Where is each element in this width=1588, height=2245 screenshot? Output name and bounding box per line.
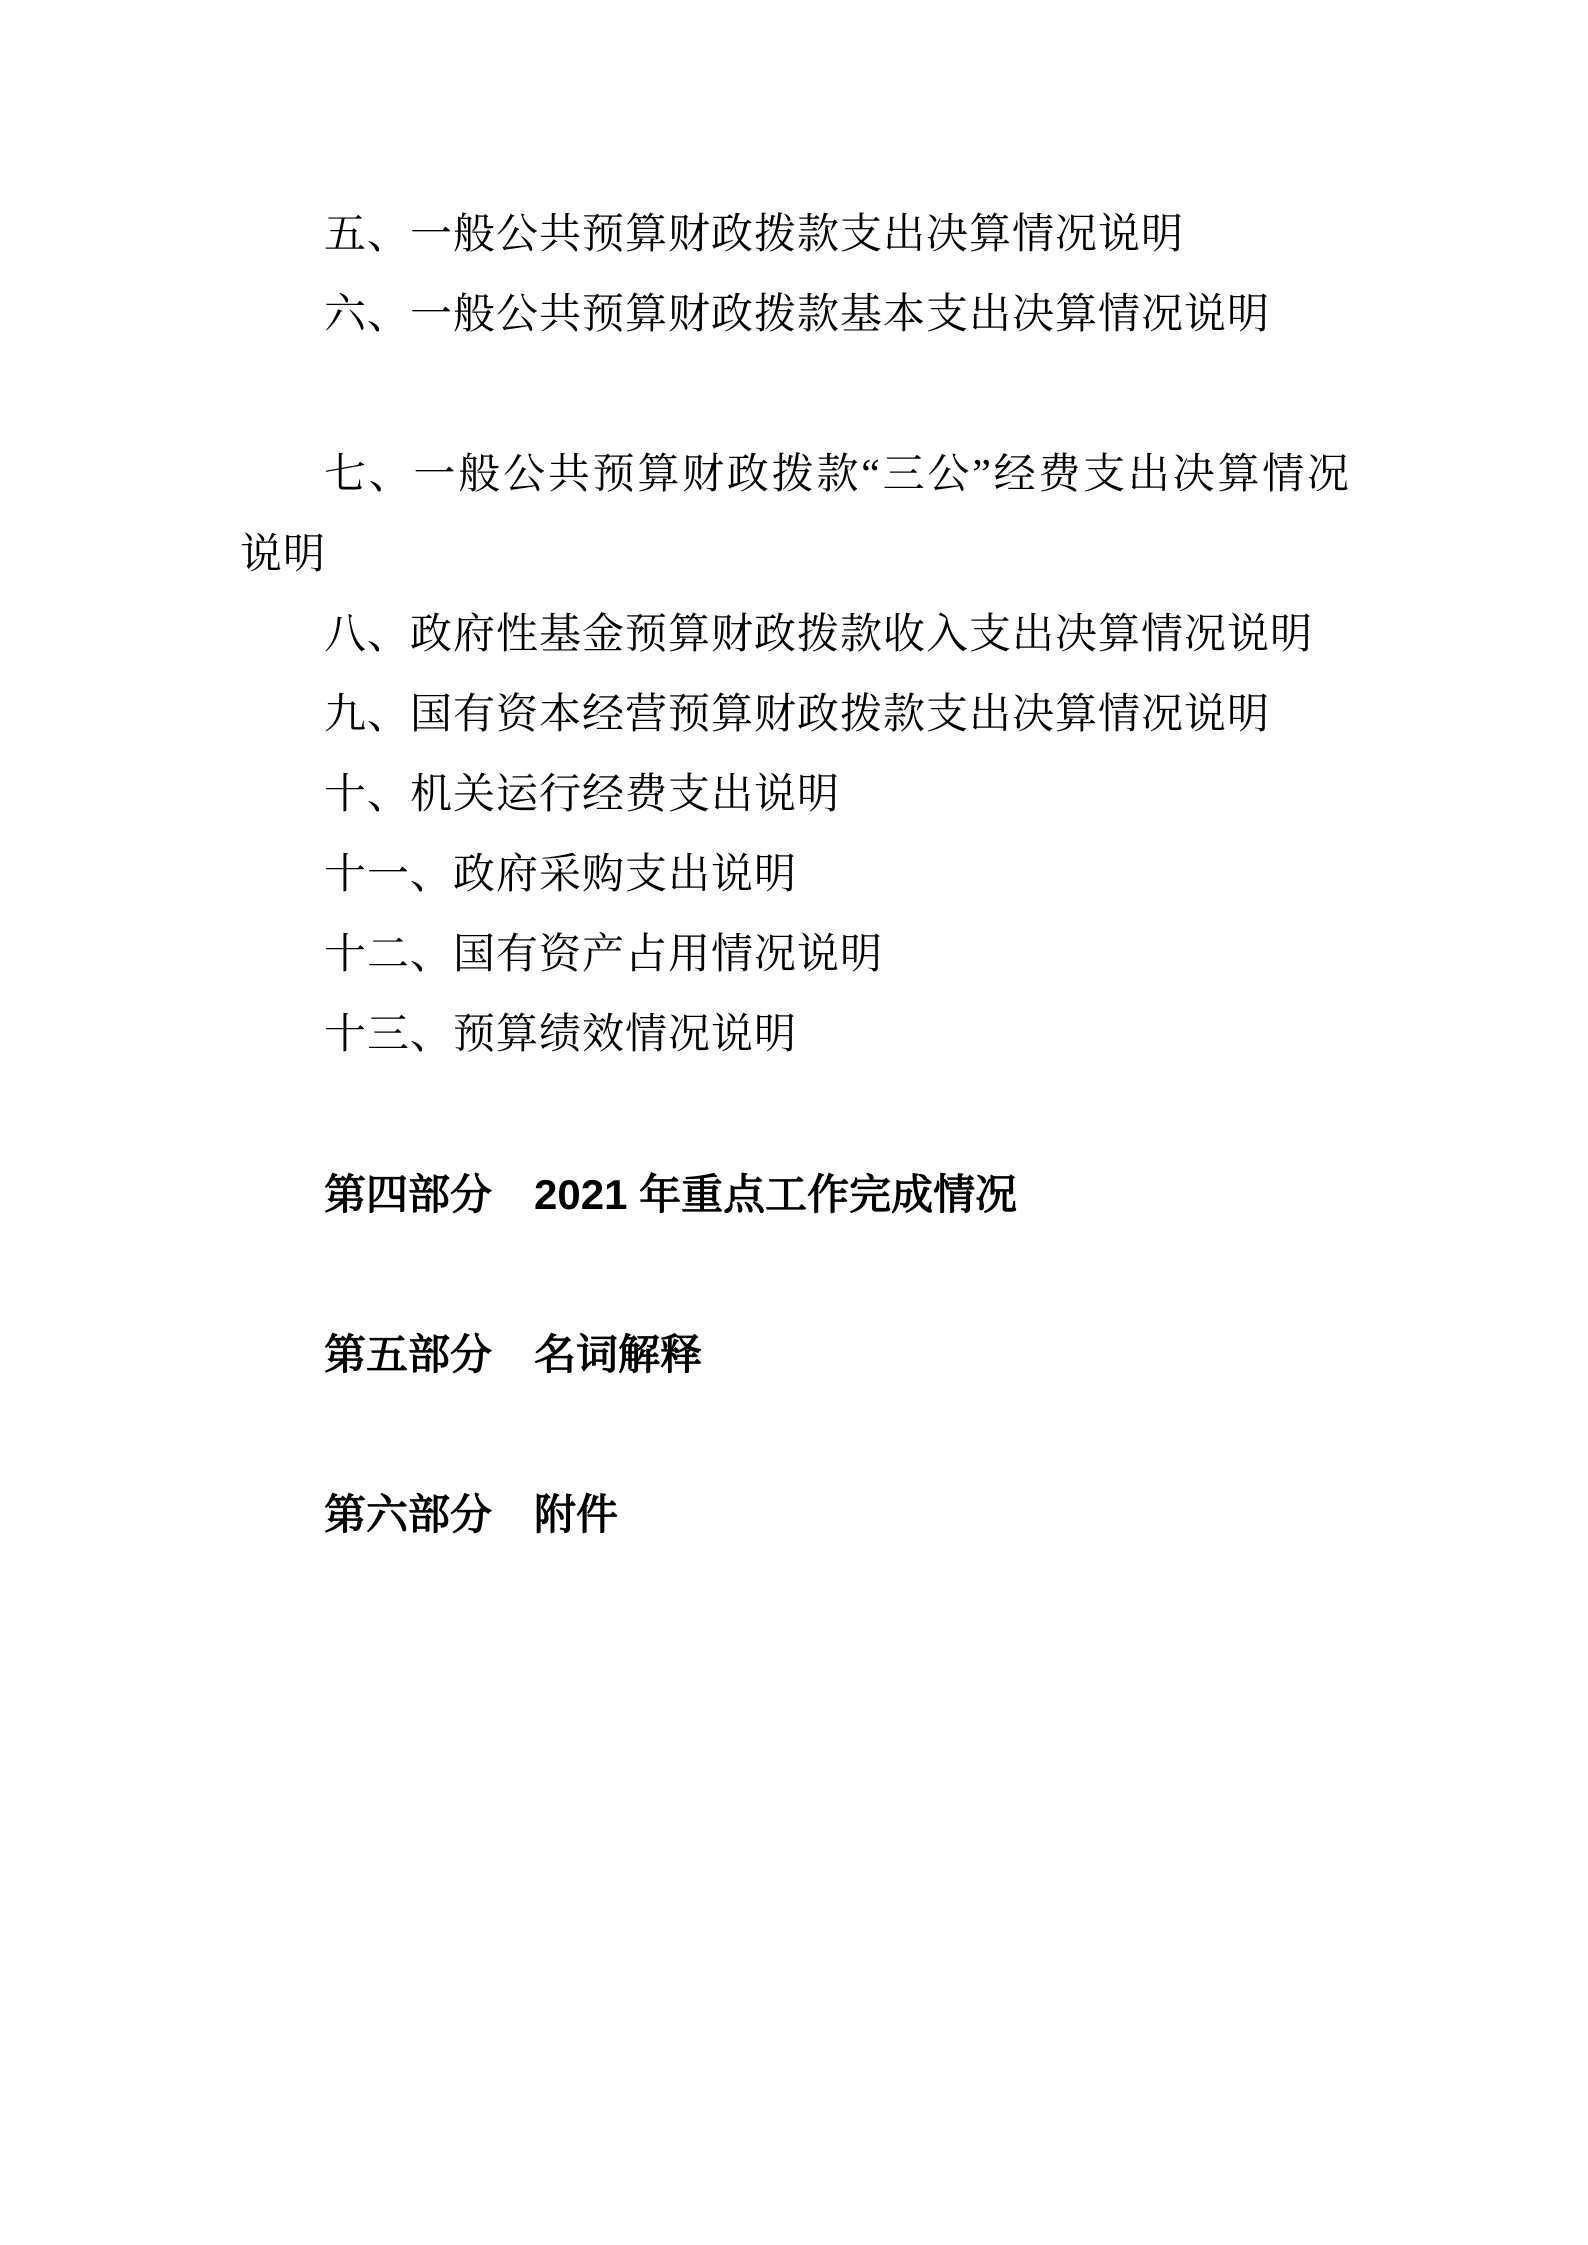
toc-item-9: 九、国有资本经营预算财政拨款支出决算情况说明 — [240, 675, 1350, 755]
toc-item-6: 六、一般公共预算财政拨款基本支出决算情况说明 — [240, 275, 1350, 355]
toc-item-7-line-1: 七、一般公共预算财政拨款“三公”经费支出决算情况 — [240, 435, 1350, 515]
section-heading-part-5: 第五部分 名词解释 — [240, 1315, 1350, 1395]
blank-line — [240, 1235, 1350, 1315]
toc-item-12: 十二、国有资产占用情况说明 — [240, 915, 1350, 995]
table-of-contents: 五、一般公共预算财政拨款支出决算情况说明 六、一般公共预算财政拨款基本支出决算情… — [240, 195, 1350, 1555]
blank-line — [240, 355, 1350, 435]
section-heading-part-6: 第六部分 附件 — [240, 1475, 1350, 1555]
toc-item-13: 十三、预算绩效情况说明 — [240, 995, 1350, 1075]
document-page: 五、一般公共预算财政拨款支出决算情况说明 六、一般公共预算财政拨款基本支出决算情… — [0, 0, 1588, 2245]
toc-item-11: 十一、政府采购支出说明 — [240, 835, 1350, 915]
toc-item-10: 十、机关运行经费支出说明 — [240, 755, 1350, 835]
toc-item-8: 八、政府性基金预算财政拨款收入支出决算情况说明 — [240, 595, 1350, 675]
blank-line — [240, 1395, 1350, 1475]
toc-item-7-line-2: 说明 — [240, 515, 1350, 595]
blank-line — [240, 1075, 1350, 1155]
section-heading-part-4: 第四部分 2021 年重点工作完成情况 — [240, 1155, 1350, 1235]
toc-item-5: 五、一般公共预算财政拨款支出决算情况说明 — [240, 195, 1350, 275]
